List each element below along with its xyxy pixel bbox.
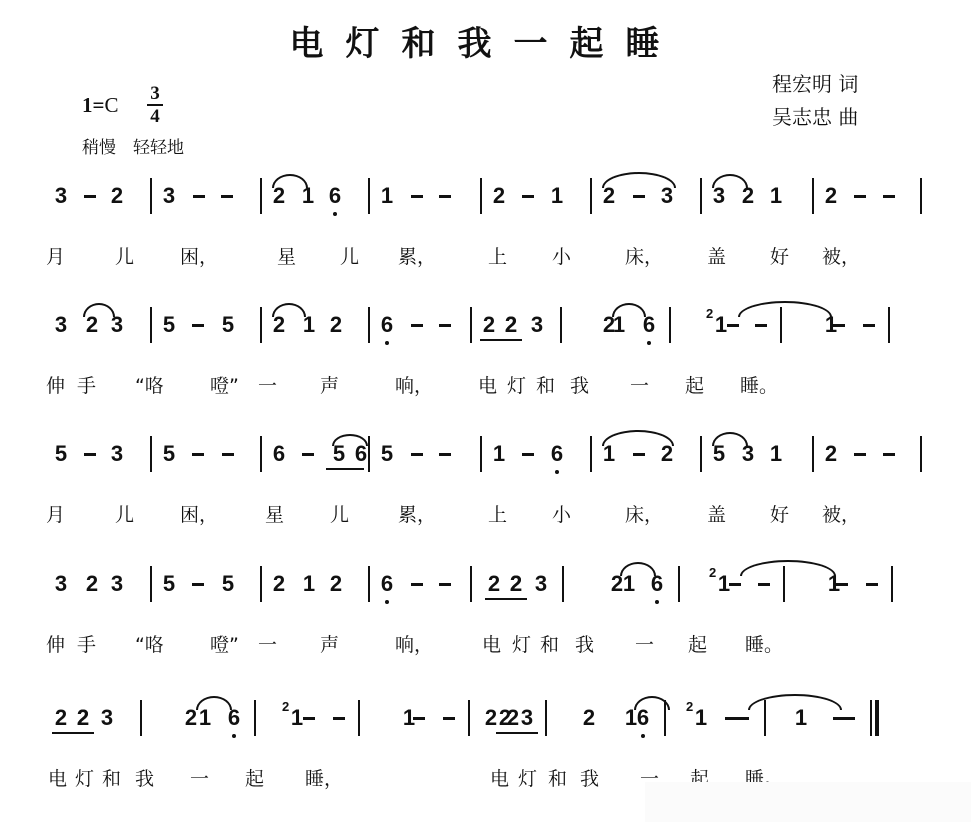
extension-dash — [443, 717, 455, 720]
song-title: 电灯和我一起睡 — [0, 16, 971, 65]
lyric-syllable: 我 — [135, 764, 154, 791]
barline — [812, 436, 814, 472]
lyric-syllable: 响， — [395, 371, 433, 398]
lyric-syllable: 盖 — [707, 242, 726, 269]
lyric-syllable: 星 — [265, 500, 284, 527]
barline — [150, 566, 152, 602]
lyric-syllable: 一 — [635, 630, 654, 657]
lyric-syllable: 星 — [277, 242, 296, 269]
tempo-marking: 稍慢 轻轻地 — [82, 133, 184, 158]
lyric-syllable: 电 — [490, 764, 509, 791]
lyric-syllable: 和 — [548, 764, 567, 791]
lyric-syllable: 盖 — [707, 500, 726, 527]
note: 6 — [378, 572, 396, 596]
lyric-syllable: 儿 — [115, 500, 134, 527]
lyric-syllable: “咯 — [135, 630, 164, 657]
slur-arc — [620, 562, 656, 576]
extension-dash — [843, 717, 855, 720]
barline — [150, 436, 152, 472]
note: 2 — [52, 706, 70, 730]
extension-dash — [192, 583, 204, 586]
barline — [260, 307, 262, 343]
barline — [470, 566, 472, 602]
eighth-note-underline — [485, 598, 527, 600]
note: 5 — [378, 442, 396, 466]
extension-dash — [854, 453, 866, 456]
barline — [590, 436, 592, 472]
extension-dash — [439, 453, 451, 456]
note: 3 — [528, 313, 546, 337]
extension-dash — [755, 324, 767, 327]
watermark-area — [645, 782, 971, 822]
lyric-syllable: 和 — [536, 371, 555, 398]
lyric-syllable: 我 — [575, 630, 594, 657]
note: 6 — [326, 184, 344, 208]
lyric-syllable: 上 — [488, 500, 507, 527]
note: 6 — [270, 442, 288, 466]
final-barline — [870, 700, 879, 736]
note: 2 — [507, 572, 525, 596]
barline — [260, 436, 262, 472]
extension-dash — [302, 453, 314, 456]
note: 1 — [490, 442, 508, 466]
note: 3 — [108, 572, 126, 596]
extension-dash — [221, 195, 233, 198]
barline — [480, 178, 482, 214]
barline — [700, 436, 702, 472]
lyric-syllable: 噔” — [210, 371, 239, 398]
barline — [150, 178, 152, 214]
barline — [545, 700, 547, 736]
lyric-syllable: 床， — [625, 242, 663, 269]
slur-arc — [602, 172, 676, 188]
eighth-note-underline — [52, 732, 94, 734]
lyric-syllable: 儿 — [115, 242, 134, 269]
lyric-syllable: 一 — [190, 764, 209, 791]
extension-dash — [833, 324, 845, 327]
barline — [358, 700, 360, 736]
extension-dash — [863, 324, 875, 327]
barline — [470, 307, 472, 343]
note: 2 — [485, 572, 503, 596]
lyric-syllable: 被， — [822, 242, 860, 269]
lyric-syllable: 睡。 — [745, 630, 783, 657]
barline — [480, 436, 482, 472]
staff-system-4: 3235521262223216211伸手“咯噔”一声响，电灯和我一起睡。 — [0, 572, 971, 692]
lyric-syllable: 手 — [77, 630, 96, 657]
note: 1 — [767, 184, 785, 208]
extension-dash — [84, 195, 96, 198]
barline — [590, 178, 592, 214]
note: 5 — [52, 442, 70, 466]
lyric-syllable: 月 — [46, 500, 65, 527]
extension-dash — [522, 453, 534, 456]
note: 3 — [160, 184, 178, 208]
extension-dash — [222, 453, 234, 456]
slur-arc — [712, 432, 748, 446]
note: 5 — [219, 313, 237, 337]
composer-credit: 吴志忠 曲 — [772, 101, 858, 134]
extension-dash — [192, 324, 204, 327]
lyric-syllable: 灯 — [518, 764, 537, 791]
lyric-syllable: 声 — [320, 371, 339, 398]
lyric-syllable: 我 — [580, 764, 599, 791]
low-octave-dot — [385, 341, 389, 345]
lyric-syllable: 电 — [478, 371, 497, 398]
extension-dash — [883, 195, 895, 198]
eighth-note-underline — [326, 468, 364, 470]
lyric-syllable: 伸 — [46, 630, 65, 657]
lyric-syllable: 一 — [258, 630, 277, 657]
note: 2 — [480, 313, 498, 337]
extension-dash — [411, 583, 423, 586]
time-signature: 3 4 — [147, 84, 163, 126]
note: 2 — [83, 572, 101, 596]
lyric-syllable: 灯 — [512, 630, 531, 657]
lyric-syllable: 灯 — [507, 371, 526, 398]
note: 2 — [580, 706, 598, 730]
extension-dash — [439, 583, 451, 586]
lyric-syllable: “咯 — [135, 371, 164, 398]
barline — [891, 566, 893, 602]
extension-dash — [737, 717, 749, 720]
note: 1 — [692, 706, 710, 730]
extension-dash — [411, 195, 423, 198]
slur-arc — [196, 696, 232, 710]
note: 2 — [327, 313, 345, 337]
lyric-syllable: 好 — [770, 500, 789, 527]
extension-dash — [411, 324, 423, 327]
extension-dash — [522, 195, 534, 198]
lyric-syllable: 睡， — [305, 764, 343, 791]
lyric-syllable: 小 — [552, 242, 571, 269]
note: 3 — [52, 184, 70, 208]
extension-dash — [439, 195, 451, 198]
note: 1 — [548, 184, 566, 208]
extension-dash — [303, 717, 315, 720]
note: 2 — [502, 313, 520, 337]
key-note: C — [104, 93, 118, 117]
note: 1 — [767, 442, 785, 466]
key-label: 1= — [82, 93, 104, 117]
staff-system-1: 323216121233212月儿困，星儿累，上小床，盖好被， — [0, 184, 971, 304]
staff-system-3: 535656516125312月儿困，星儿累，上小床，盖好被， — [0, 442, 971, 562]
slur-arc — [83, 303, 115, 317]
note: 6 — [378, 313, 396, 337]
low-octave-dot — [647, 341, 651, 345]
note: 3 — [518, 706, 536, 730]
slur-arc — [748, 694, 842, 710]
extension-dash — [411, 453, 423, 456]
note: 1 — [300, 572, 318, 596]
extension-dash — [725, 717, 737, 720]
low-octave-dot — [232, 734, 236, 738]
slur-arc — [740, 560, 836, 576]
slur-arc — [712, 174, 748, 188]
note: 3 — [98, 706, 116, 730]
note: 5 — [219, 572, 237, 596]
extension-dash — [633, 195, 645, 198]
extension-dash — [729, 583, 741, 586]
lyric-syllable: 声 — [320, 630, 339, 657]
note: 2 — [74, 706, 92, 730]
low-octave-dot — [385, 600, 389, 604]
extension-dash — [727, 324, 739, 327]
barline — [368, 436, 370, 472]
lyric-syllable: 电 — [48, 764, 67, 791]
lyric-syllable: 上 — [488, 242, 507, 269]
lyric-syllable: 起 — [245, 764, 264, 791]
note: 2 — [327, 572, 345, 596]
lyric-syllable: 电 — [482, 630, 501, 657]
low-octave-dot — [555, 470, 559, 474]
lyric-syllable: 起 — [685, 371, 704, 398]
slur-arc — [272, 303, 306, 317]
note: 2 — [490, 184, 508, 208]
lyric-syllable: 好 — [770, 242, 789, 269]
extension-dash — [439, 324, 451, 327]
eighth-note-underline — [480, 339, 522, 341]
note: 2 — [496, 706, 514, 730]
time-sig-bottom: 4 — [150, 106, 160, 127]
barline — [140, 700, 142, 736]
lyric-syllable: 睡。 — [740, 371, 778, 398]
slur-arc — [332, 434, 368, 446]
extension-dash — [883, 453, 895, 456]
note: 1 — [378, 184, 396, 208]
lyric-syllable: 困， — [180, 242, 218, 269]
barline — [920, 178, 922, 214]
time-sig-top: 3 — [150, 83, 160, 104]
note: 3 — [52, 572, 70, 596]
barline — [260, 178, 262, 214]
barline — [888, 307, 890, 343]
note: 3 — [532, 572, 550, 596]
extension-dash — [413, 717, 425, 720]
credits: 程宏明 词 吴志忠 曲 — [772, 68, 858, 134]
barline — [468, 700, 470, 736]
lyric-syllable: 困， — [180, 500, 218, 527]
note: 2 — [822, 184, 840, 208]
lyric-syllable: 伸 — [46, 371, 65, 398]
note: 2 — [822, 442, 840, 466]
lyric-syllable: 和 — [540, 630, 559, 657]
key-signature: 1=C — [82, 93, 118, 118]
note: 5 — [160, 442, 178, 466]
lyric-syllable: 我 — [570, 371, 589, 398]
low-octave-dot — [655, 600, 659, 604]
barline — [368, 566, 370, 602]
barline — [560, 307, 562, 343]
eighth-note-underline — [496, 732, 538, 734]
slur-arc — [634, 696, 670, 710]
barline — [260, 566, 262, 602]
lyric-syllable: 儿 — [340, 242, 359, 269]
staff-system-2: 3235521262223216211伸手“咯噔”一声响，电灯和我一起睡。 — [0, 313, 971, 433]
lyric-syllable: 噔” — [210, 630, 239, 657]
note: 2 — [108, 184, 126, 208]
barline — [920, 436, 922, 472]
barline — [678, 566, 680, 602]
barline — [812, 178, 814, 214]
lyric-syllable: 响， — [395, 630, 433, 657]
extension-dash — [84, 453, 96, 456]
low-octave-dot — [333, 212, 337, 216]
extension-dash — [866, 583, 878, 586]
note: 3 — [108, 442, 126, 466]
lyric-syllable: 被， — [822, 500, 860, 527]
extension-dash — [854, 195, 866, 198]
extension-dash — [758, 583, 770, 586]
lyric-syllable: 小 — [552, 500, 571, 527]
note: 5 — [160, 572, 178, 596]
lyric-syllable: 月 — [46, 242, 65, 269]
slur-arc — [272, 174, 308, 188]
extension-dash — [333, 717, 345, 720]
lyric-syllable: 和 — [102, 764, 121, 791]
lyric-syllable: 手 — [77, 371, 96, 398]
extension-dash — [193, 195, 205, 198]
note: 6 — [548, 442, 566, 466]
extension-dash — [633, 453, 645, 456]
barline — [700, 178, 702, 214]
barline — [562, 566, 564, 602]
lyric-syllable: 灯 — [75, 764, 94, 791]
note: 5 — [160, 313, 178, 337]
lyric-syllable: 一 — [258, 371, 277, 398]
lyric-syllable: 累， — [398, 242, 436, 269]
lyric-syllable: 一 — [630, 371, 649, 398]
extension-dash — [836, 583, 848, 586]
barline — [368, 307, 370, 343]
extension-dash — [192, 453, 204, 456]
barline — [150, 307, 152, 343]
note: 2 — [270, 572, 288, 596]
lyricist-credit: 程宏明 词 — [772, 68, 858, 101]
note: 3 — [52, 313, 70, 337]
lyric-syllable: 儿 — [330, 500, 349, 527]
lyric-syllable: 床， — [625, 500, 663, 527]
lyric-syllable: 累， — [398, 500, 436, 527]
lyric-syllable: 起 — [688, 630, 707, 657]
barline — [254, 700, 256, 736]
barline — [669, 307, 671, 343]
slur-arc — [612, 303, 646, 317]
barline — [368, 178, 370, 214]
low-octave-dot — [641, 734, 645, 738]
